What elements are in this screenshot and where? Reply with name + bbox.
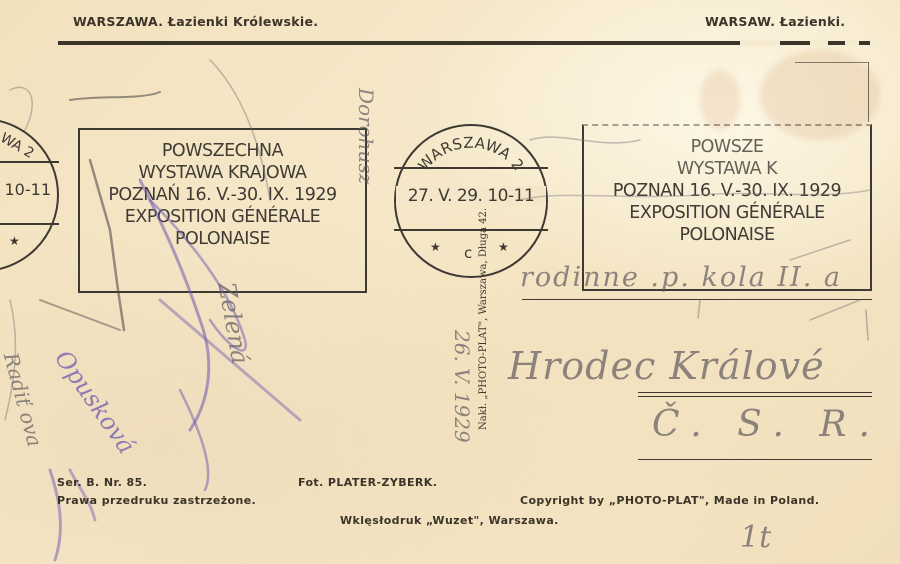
reprint-rights-notice: Prawa przedruku zastrzeżone.	[57, 494, 256, 507]
copyright-notice: Copyright by „PHOTO-PLAT", Made in Polan…	[520, 494, 819, 507]
photographer-credit: Fot. PLATER-ZYBERK.	[298, 476, 437, 489]
printer-credit: Wklęsłodruk „Wuzet", Warszawa.	[340, 514, 559, 527]
series-number: Ser. B. Nr. 85.	[57, 476, 147, 489]
